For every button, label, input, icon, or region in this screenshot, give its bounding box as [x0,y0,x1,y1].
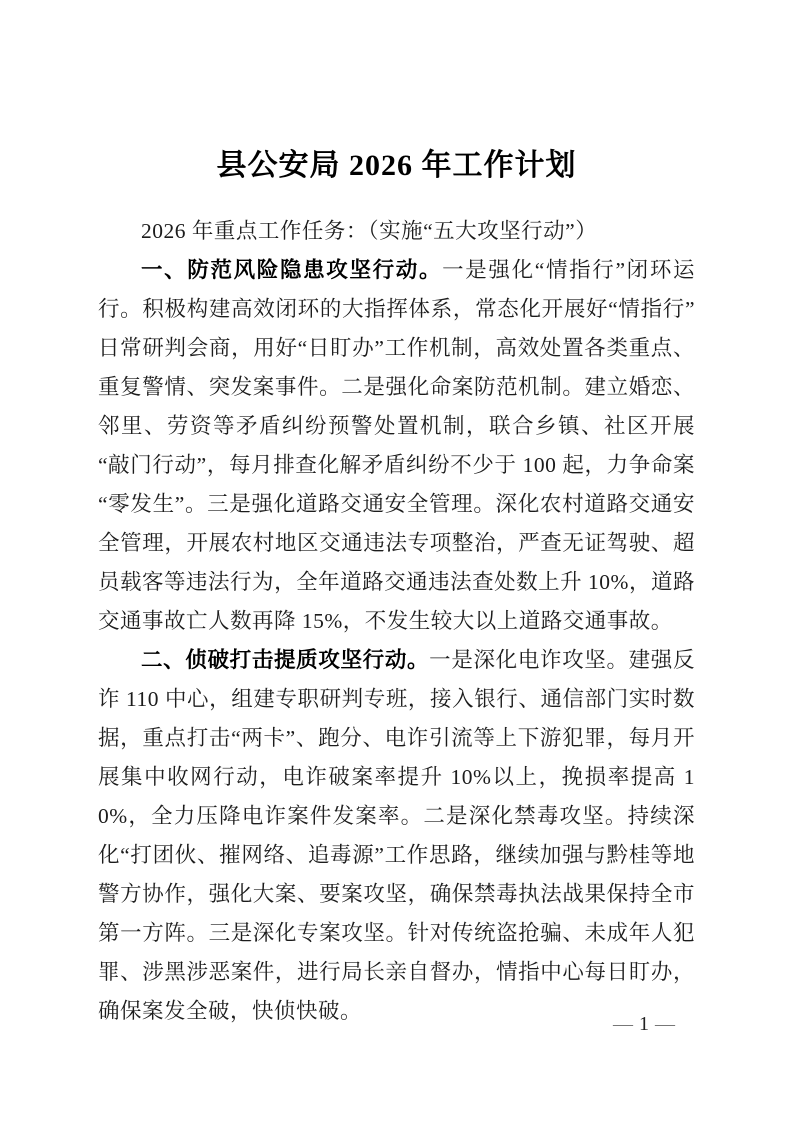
document-page: 县公安局 2026 年工作计划 2026 年重点工作任务：（实施“五大攻坚行动”… [0,0,793,1122]
page-number: —1— [607,1012,681,1036]
paragraph-2-text: 一是深化电诈攻坚。建强反诈 110 中心，组建专职研判专班，接入银行、通信部门实… [98,648,695,1023]
paragraph-1-text: 一是强化“情指行”闭环运行。积极构建高效闭环的大指挥体系，常态化开展好“情指行”… [98,258,695,633]
page-number-right-dash: — [649,1013,681,1035]
paragraph-1: 一、防范风险隐患攻坚行动。一是强化“情指行”闭环运行。积极构建高效闭环的大指挥体… [98,251,695,641]
document-body: 2026 年重点工作任务：（实施“五大攻坚行动”） 一、防范风险隐患攻坚行动。一… [98,212,695,1031]
page-number-left-dash: — [607,1013,639,1035]
paragraph-1-heading: 一、防范风险隐患攻坚行动。 [141,258,442,282]
document-title: 县公安局 2026 年工作计划 [98,0,695,186]
intro-line: 2026 年重点工作任务：（实施“五大攻坚行动”） [98,212,695,251]
paragraph-2: 二、侦破打击提质攻坚行动。一是深化电诈攻坚。建强反诈 110 中心，组建专职研判… [98,641,695,1031]
paragraph-2-heading: 二、侦破打击提质攻坚行动。 [141,648,429,672]
page-number-value: 1 [639,1013,649,1035]
